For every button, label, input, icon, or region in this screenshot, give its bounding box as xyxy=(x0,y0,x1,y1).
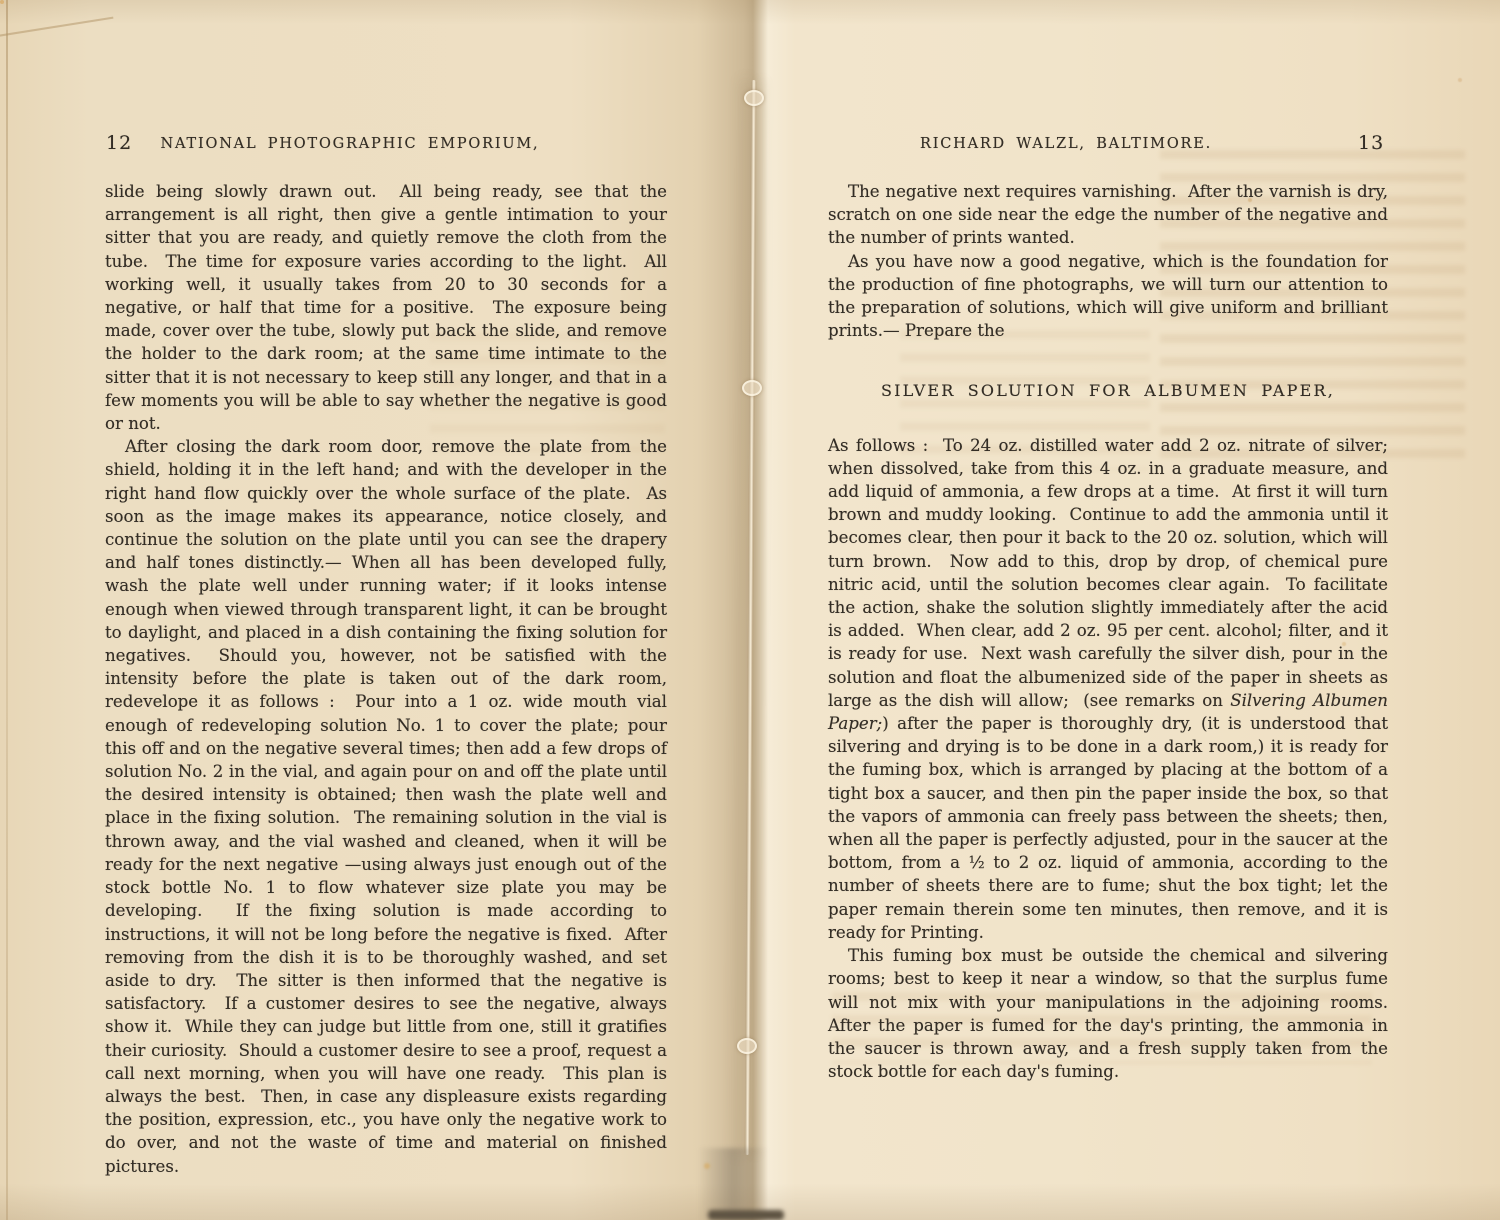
gutter-crease xyxy=(745,80,757,1155)
page-edge-line xyxy=(6,0,8,1220)
right-page-intro: The negative next requires varnishing. A… xyxy=(828,180,1388,342)
right-page-text: The negative next requires varnishing. A… xyxy=(828,180,1388,1083)
paragraph: The negative next requires varnishing. A… xyxy=(828,180,1388,250)
right-page-number: 13 xyxy=(1358,132,1384,154)
right-page-main: As follows : To 24 oz. distilled water a… xyxy=(828,434,1388,1084)
paragraph: This fuming box must be outside the chem… xyxy=(828,944,1388,1083)
left-page-text: slide being slowly drawn out. All being … xyxy=(105,180,667,1178)
right-running-header: RICHARD WALZL, BALTIMORE. xyxy=(846,136,1286,152)
paragraph: As follows : To 24 oz. distilled water a… xyxy=(828,434,1388,944)
left-running-header: NATIONAL PHOTOGRAPHIC EMPORIUM, xyxy=(130,136,570,152)
paper-stains xyxy=(0,0,4,4)
gutter-notch xyxy=(708,1210,784,1220)
paragraph: As you have now a good negative, which i… xyxy=(828,250,1388,343)
binding-thread-knot xyxy=(742,380,762,396)
binding-thread-knot xyxy=(737,1038,757,1054)
paragraph: slide being slowly drawn out. All being … xyxy=(105,180,667,435)
section-heading: SILVER SOLUTION FOR ALBUMEN PAPER, xyxy=(828,379,1388,402)
page-corner-edge xyxy=(0,17,113,38)
left-page-number: 12 xyxy=(106,132,132,154)
binding-thread-knot xyxy=(744,90,764,106)
book-scan: 12 NATIONAL PHOTOGRAPHIC EMPORIUM, slide… xyxy=(0,0,1500,1220)
paragraph: After closing the dark room door, remove… xyxy=(105,435,667,1178)
